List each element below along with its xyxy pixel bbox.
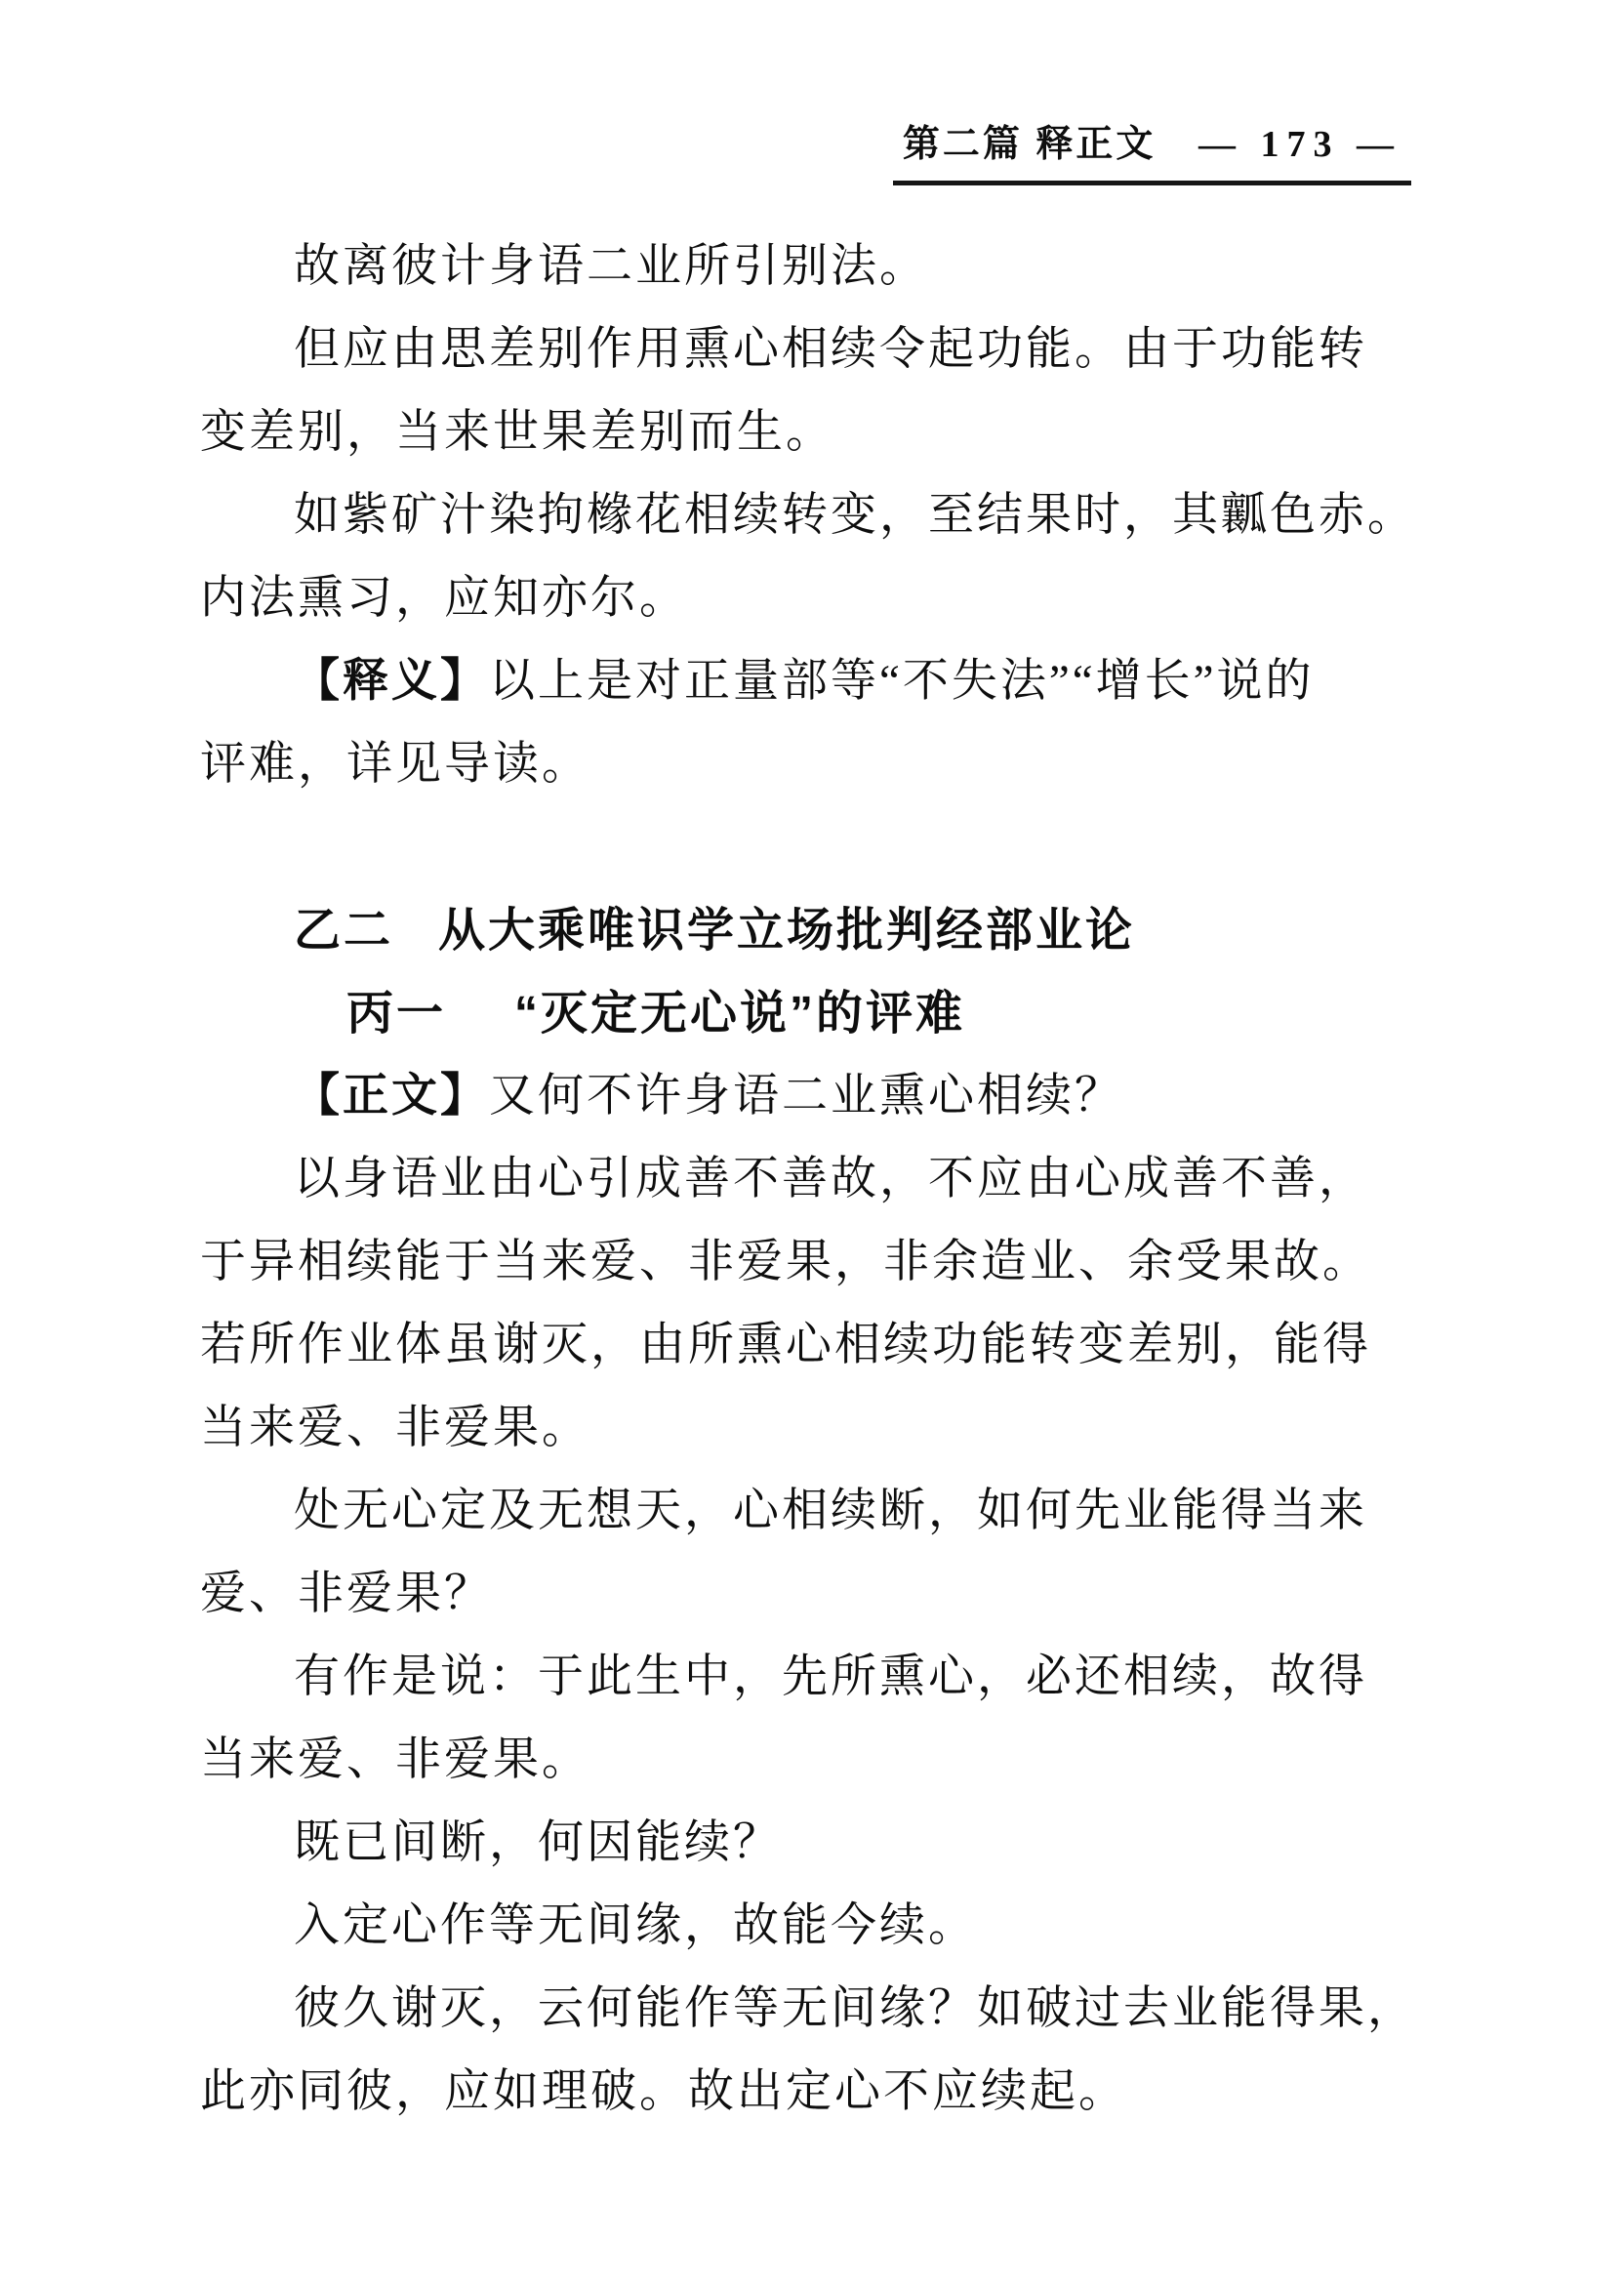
text-line: 如紫矿汁染拘橼花相续转变，至结果时，其瓤色赤。 bbox=[200, 469, 1469, 552]
heading-number: 乙二 bbox=[294, 892, 393, 959]
line-text: 评难，详见导读。 bbox=[200, 727, 590, 793]
text-line: 处无心定及无想天，心相续断，如何先业能得当来 bbox=[200, 1465, 1469, 1548]
text-line: 但应由思差别作用熏心相续令起功能。由于功能转 bbox=[200, 304, 1469, 387]
text-line: 【释义】以上是对正量部等“不失法”“增长”说的 bbox=[200, 635, 1469, 718]
text-line: 于异相续能于当来爱、非爱果，非余造业、余受果故。 bbox=[200, 1216, 1469, 1299]
text-line: 变差别，当来世果差别而生。 bbox=[200, 387, 1469, 469]
text-line: 既已间断，何因能续？ bbox=[200, 1797, 1469, 1880]
line-text: 处无心定及无想天，心相续断，如何先业能得当来 bbox=[294, 1474, 1367, 1539]
text-line: 内法熏习，应知亦尔。 bbox=[200, 552, 1469, 635]
text-line: 当来爱、非爱果。 bbox=[200, 1382, 1469, 1465]
text-block: 故离彼计身语二业所引别法。但应由思差别作用熏心相续令起功能。由于功能转变差别，当… bbox=[200, 221, 1469, 2129]
text-line: 彼久谢灭，云何能作等无间缘？如破过去业能得果， bbox=[200, 1963, 1469, 2046]
heading-number: 丙一 bbox=[346, 975, 446, 1042]
text-line: 当来爱、非爱果。 bbox=[200, 1714, 1469, 1797]
text-line: 若所作业体虽谢灭，由所熏心相续功能转变差别，能得 bbox=[200, 1299, 1469, 1382]
text-line: 入定心作等无间缘，故能今续。 bbox=[200, 1880, 1469, 1963]
line-text: 从大乘唯识学立场批判经部业论 bbox=[438, 892, 1135, 959]
bracket-marker: 【释义】 bbox=[294, 644, 489, 710]
line-text: 爱、非爱果？ bbox=[200, 1557, 493, 1622]
line-text: 入定心作等无间缘，故能今续。 bbox=[294, 1889, 977, 1954]
line-text: 既已间断，何因能续？ bbox=[294, 1806, 782, 1871]
text-line: 以身语业由心引成善不善故，不应由心成善不善， bbox=[200, 1133, 1469, 1216]
line-text: 此亦同彼，应如理破。故出定心不应续起。 bbox=[200, 2055, 1127, 2120]
blank-line bbox=[200, 801, 1469, 884]
line-text: 于异相续能于当来爱、非爱果，非余造业、余受果故。 bbox=[200, 1225, 1371, 1290]
line-text: 以上是对正量部等“不失法”“增长”说的 bbox=[489, 644, 1314, 710]
bracket-marker: 【正文】 bbox=[294, 1059, 489, 1124]
line-text: 当来爱、非爱果。 bbox=[200, 1391, 590, 1456]
line-text: “灭定无心说”的评难 bbox=[514, 975, 965, 1042]
line-text: 以身语业由心引成善不善故，不应由心成善不善， bbox=[294, 1142, 1367, 1207]
running-head: 第二篇 释正文 — 173 — bbox=[893, 113, 1411, 185]
line-text: 若所作业体虽谢灭，由所熏心相续功能转变差别，能得 bbox=[200, 1308, 1371, 1373]
book-page: 第二篇 释正文 — 173 — 故离彼计身语二业所引别法。但应由思差别作用熏心相… bbox=[0, 0, 1624, 2284]
line-text: 变差别，当来世果差别而生。 bbox=[200, 395, 834, 461]
line-text: 内法熏习，应知亦尔。 bbox=[200, 561, 688, 627]
line-text: 当来爱、非爱果。 bbox=[200, 1723, 590, 1788]
running-head-page-number: — 173 — bbox=[1198, 124, 1401, 165]
line-text: 彼久谢灭，云何能作等无间缘？如破过去业能得果， bbox=[294, 1972, 1416, 2037]
line-text: 如紫矿汁染拘橼花相续转变，至结果时，其瓤色赤。 bbox=[294, 478, 1416, 544]
text-line: 故离彼计身语二业所引别法。 bbox=[200, 221, 1469, 304]
text-line: 评难，详见导读。 bbox=[200, 718, 1469, 801]
text-line: 有作是说：于此生中，先所熏心，必还相续，故得 bbox=[200, 1631, 1469, 1714]
text-line: 【正文】又何不许身语二业熏心相续？ bbox=[200, 1050, 1469, 1133]
section-heading: 乙二从大乘唯识学立场批判经部业论 bbox=[200, 884, 1469, 967]
line-text: 有作是说：于此生中，先所熏心，必还相续，故得 bbox=[294, 1640, 1367, 1705]
text-line: 爱、非爱果？ bbox=[200, 1548, 1469, 1631]
line-text: 又何不许身语二业熏心相续？ bbox=[489, 1059, 1123, 1124]
text-line: 此亦同彼，应如理破。故出定心不应续起。 bbox=[200, 2046, 1469, 2129]
line-text: 但应由思差别作用熏心相续令起功能。由于功能转 bbox=[294, 312, 1367, 378]
section-heading: 丙一“灭定无心说”的评难 bbox=[200, 967, 1469, 1050]
running-head-chapter: 第二篇 释正文 bbox=[903, 124, 1157, 165]
line-text: 故离彼计身语二业所引别法。 bbox=[294, 229, 928, 295]
